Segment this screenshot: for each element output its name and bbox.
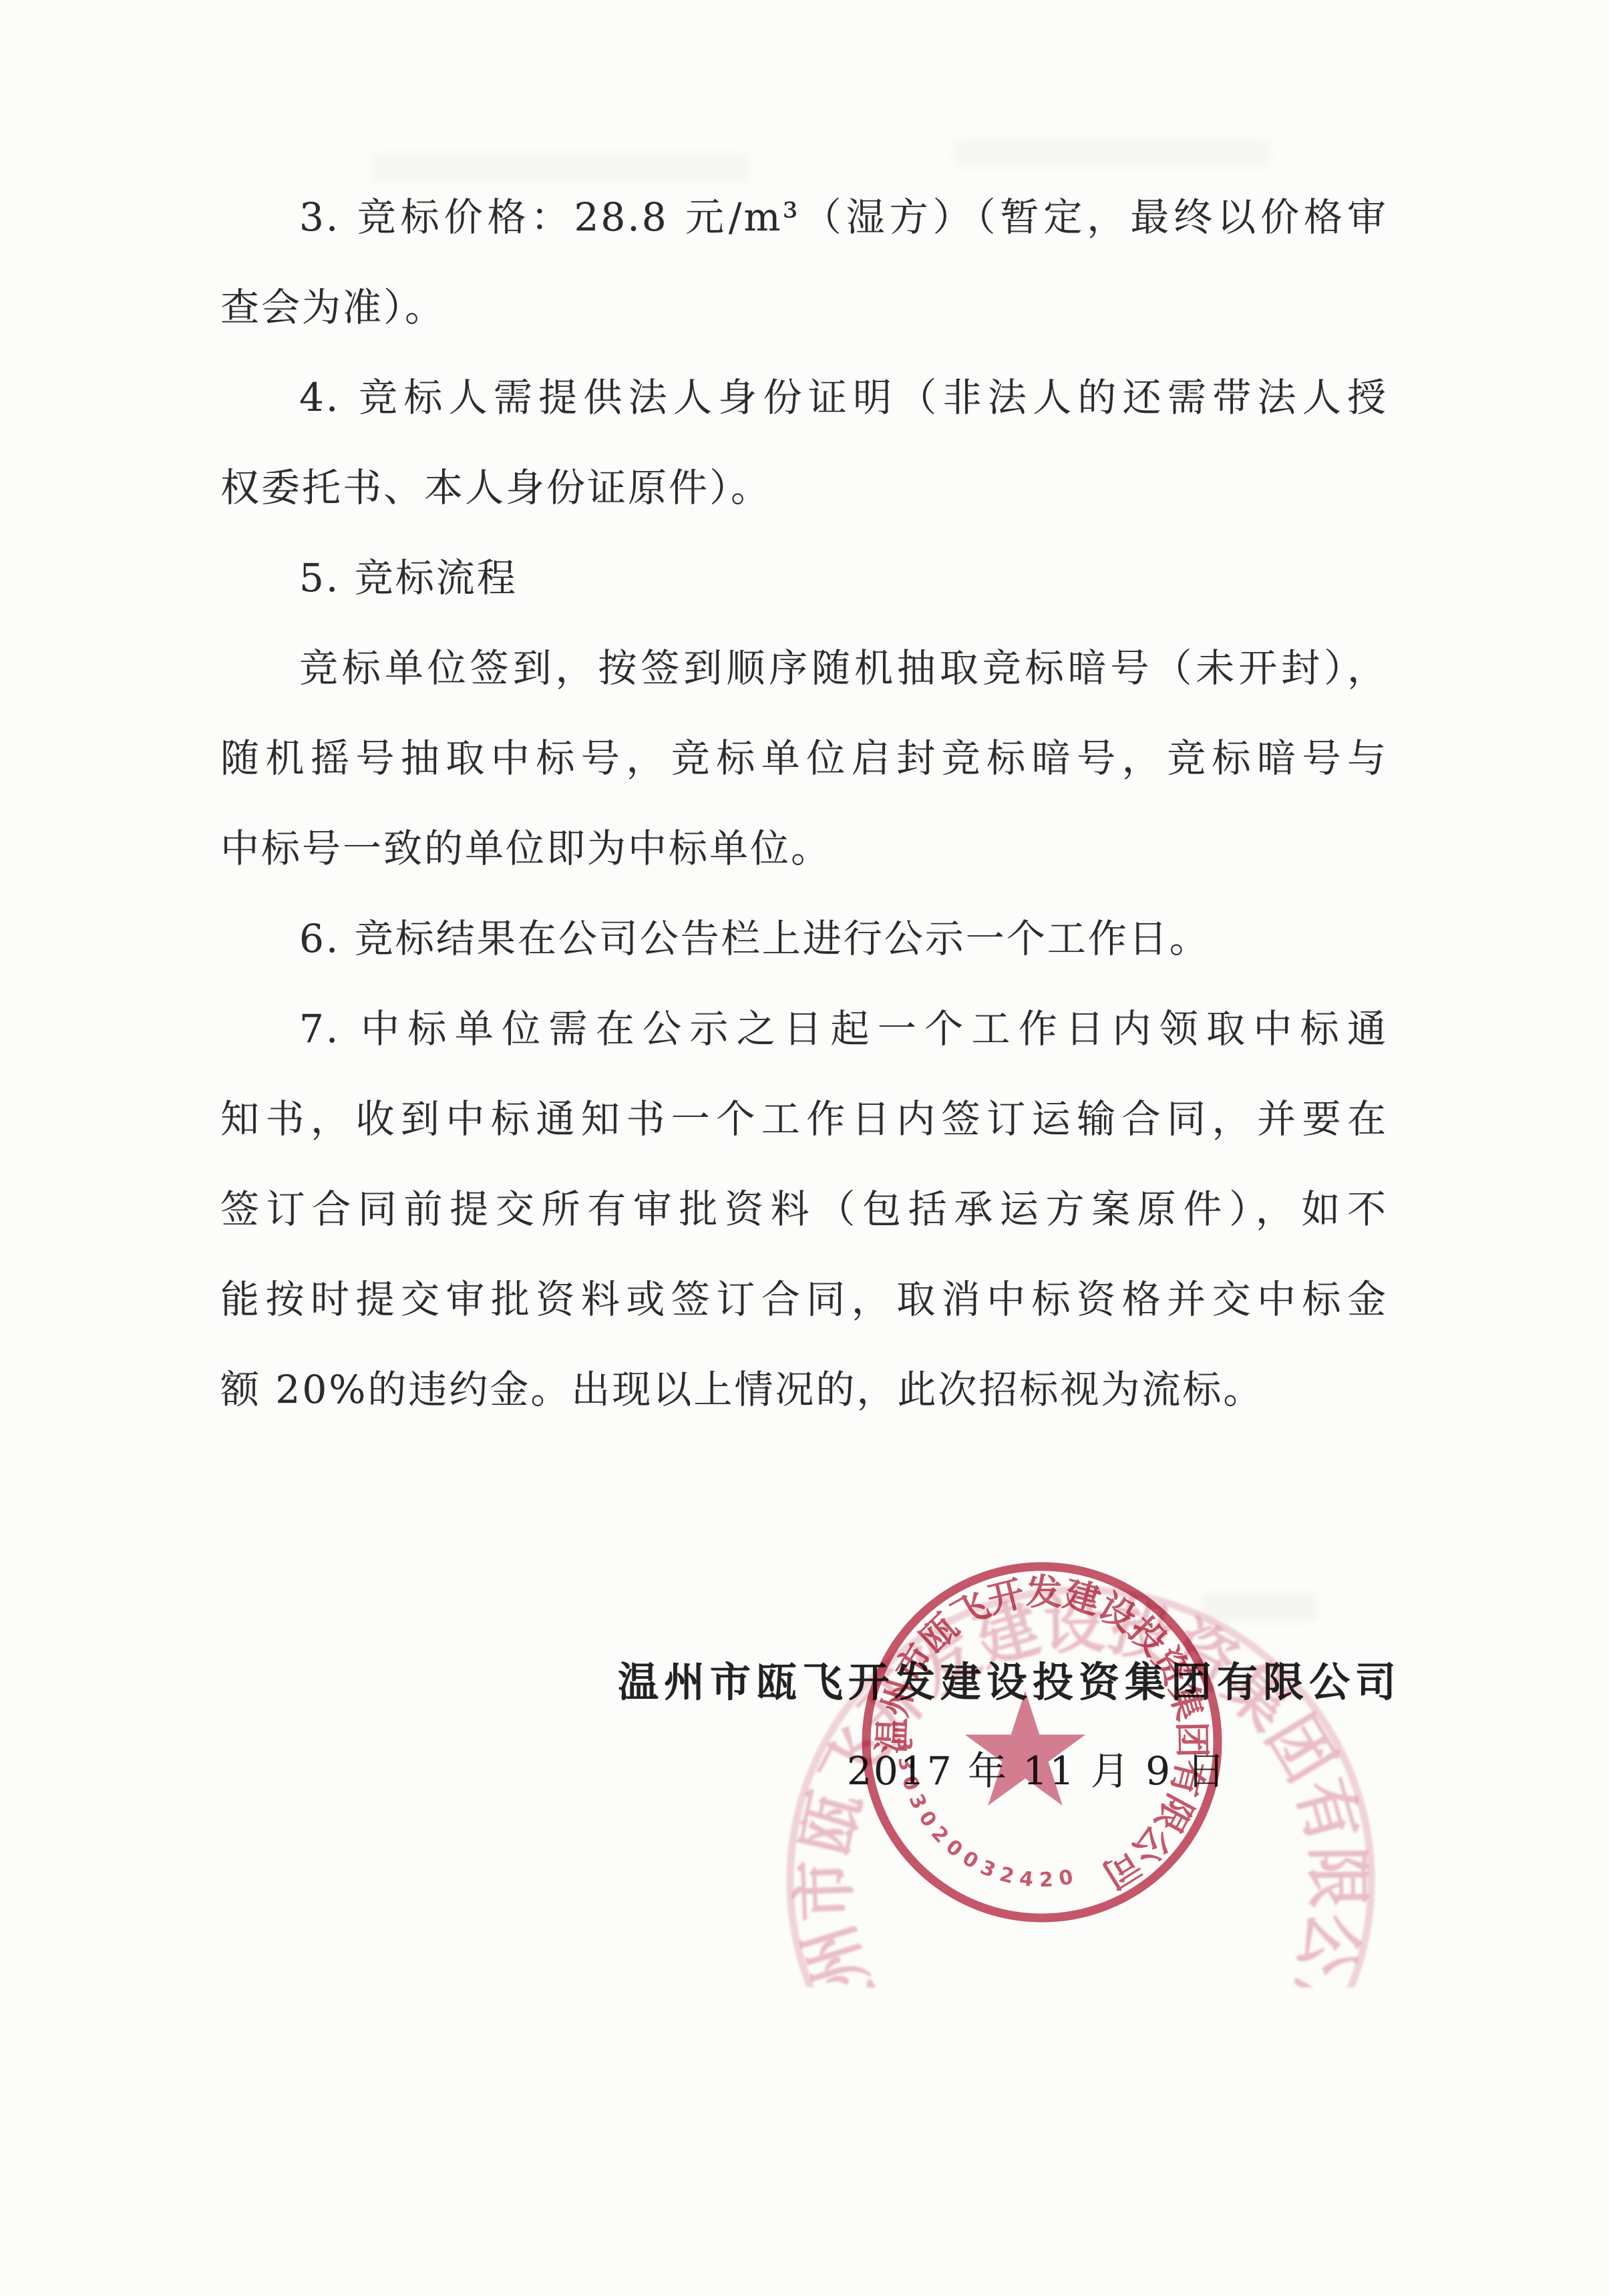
scan-bleed-artifact: [1202, 1593, 1316, 1621]
body-line-7: 随机摇号抽取中标号，竞标单位启封竞标暗号，竞标暗号与: [220, 713, 1388, 804]
body-line-5: 5. 竞标流程: [220, 533, 1388, 623]
seal-ring-text: 温州市瓯飞开发建设投资集团有限公司: [870, 1571, 1214, 1897]
body-line-8: 中标号一致的单位即为中标单位。: [220, 804, 1388, 894]
body-line-14: 额 20%的违约金。出现以上情况的，此次招标视为流标。: [220, 1345, 1388, 1435]
body-line-3: 4. 竞标人需提供法人身份证明（非法人的还需带法人授: [220, 353, 1388, 443]
signature-date: 2017 年 11 月 9 日: [847, 1740, 1228, 1796]
body-line-6: 竞标单位签到，按签到顺序随机抽取竞标暗号（未开封），: [220, 623, 1388, 713]
scan-bleed-artifact: [955, 140, 1269, 167]
document-body: 3. 竞标价格：28.8 元/m³（湿方）（暂定，最终以价格审 查会为准）。 4…: [220, 172, 1388, 1435]
body-line-12: 签订合同前提交所有审批资料（包括承运方案原件），如不: [220, 1164, 1388, 1255]
body-line-10: 7. 中标单位需在公示之日起一个工作日内领取中标通: [220, 984, 1388, 1074]
body-line-4: 权委托书、本人身份证原件）。: [220, 443, 1388, 533]
body-line-9: 6. 竞标结果在公司公告栏上进行公示一个工作日。: [220, 894, 1388, 984]
body-line-1: 3. 竞标价格：28.8 元/m³（湿方）（暂定，最终以价格审: [220, 172, 1388, 263]
signature-company-name: 温州市瓯飞开发建设投资集团有限公司: [618, 1650, 1401, 1708]
body-line-2: 查会为准）。: [220, 263, 1388, 353]
body-line-11: 知书，收到中标通知书一个工作日内签订运输合同，并要在: [220, 1074, 1388, 1164]
document-page: 3. 竞标价格：28.8 元/m³（湿方）（暂定，最终以价格审 查会为准）。 4…: [0, 0, 1609, 2296]
body-line-13: 能按时提交审批资料或签订合同，取消中标资格并交中标金: [220, 1255, 1388, 1345]
